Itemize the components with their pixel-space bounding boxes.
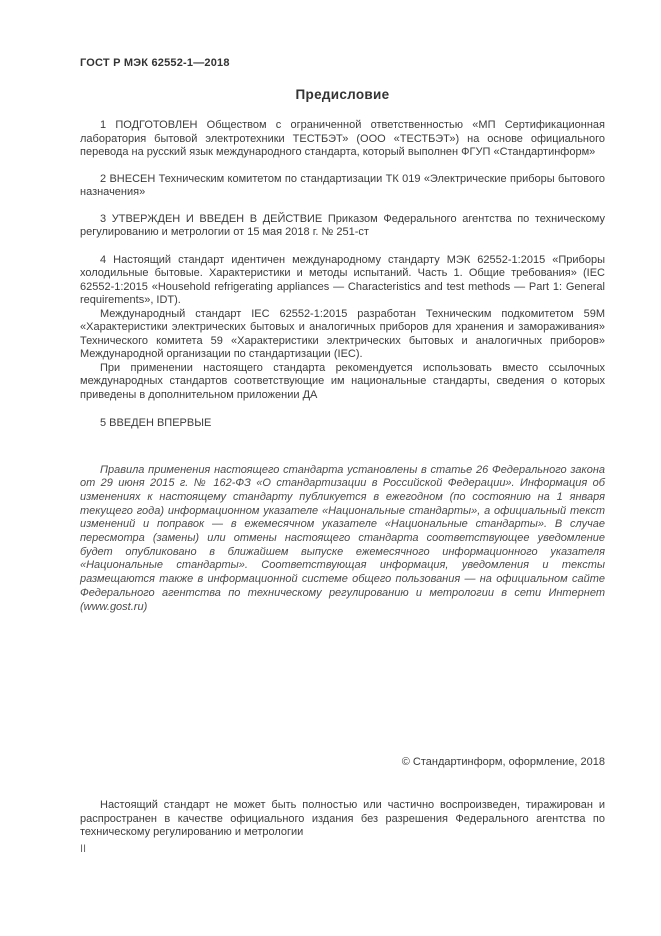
foreword-item-5: 5 ВВЕДЕН ВПЕРВЫЕ [80,417,605,431]
copyright-line: © Стандартинформ, оформление, 2018 [80,756,605,769]
foreword-item-4: 4 Настоящий стандарт идентичен междунаро… [80,254,605,308]
reproduction-restriction-notice: Настоящий стандарт не может быть полност… [80,799,605,840]
legal-application-notice: Правила применения настоящего стандарта … [80,464,605,615]
foreword-item-4-continuation-2: При применении настоящего стандарта реко… [80,362,605,403]
foreword-item-1: 1 ПОДГОТОВЛЕН Обществом с ограниченной о… [80,119,605,160]
foreword-item-3: 3 УТВЕРЖДЕН И ВВЕДЕН В ДЕЙСТВИЕ Приказом… [80,213,605,240]
document-code: ГОСТ Р МЭК 62552-1—2018 [80,57,605,70]
page-title: Предисловие [80,87,605,102]
page-number: II [80,843,605,856]
foreword-item-2: 2 ВНЕСЕН Техническим комитетом по станда… [80,173,605,200]
document-page: ГОСТ Р МЭК 62552-1—2018 Предисловие 1 ПО… [0,0,661,936]
foreword-item-4-continuation-1: Международный стандарт IEC 62552-1:2015 … [80,308,605,362]
